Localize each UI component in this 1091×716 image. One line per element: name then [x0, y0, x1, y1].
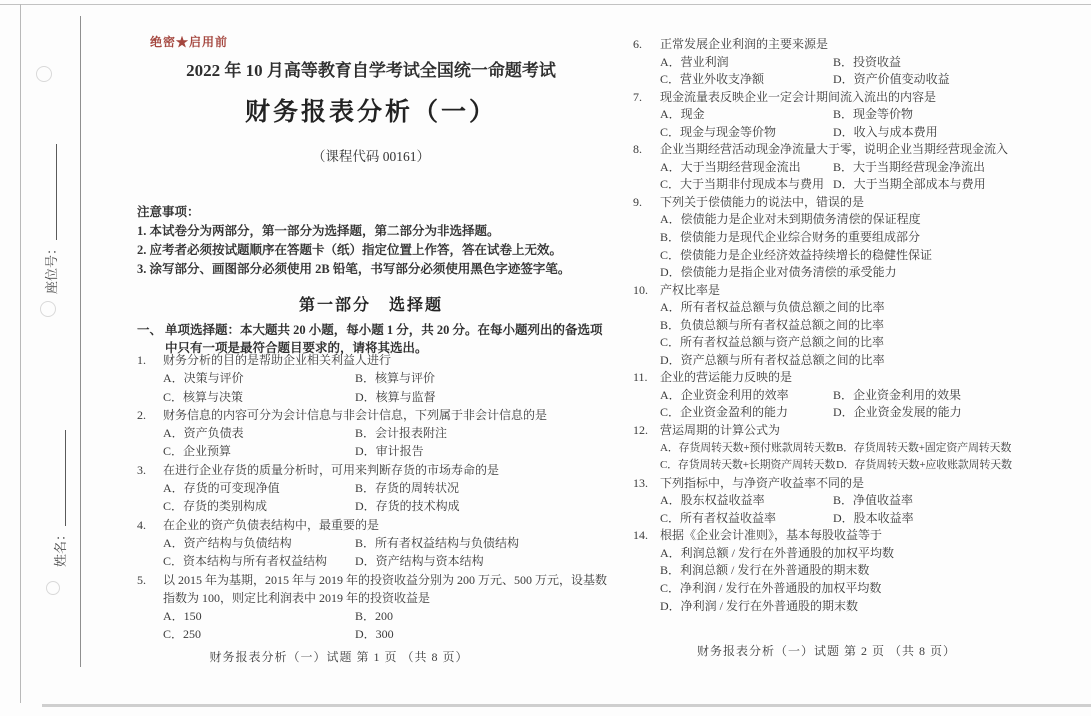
- option: C．现金与现金等价物: [660, 124, 833, 142]
- question: 2.财务信息的内容可分为会计信息与非会计信息，下列属于非会计信息的是A．资产负债…: [130, 406, 612, 461]
- question-text: 营运周期的计算公式为: [660, 422, 1082, 440]
- question: 1.财务分析的目的是帮助企业相关利益人进行A．决策与评价B．核算与评价C．核算与…: [130, 351, 612, 406]
- question-stem: 7.现金流量表反映企业一定会计期间流入流出的内容是: [633, 89, 1082, 107]
- question-number: 9.: [633, 194, 660, 212]
- question-stem: 3.在进行企业存货的质量分析时，可用来判断存货的市场寿命的是: [137, 461, 612, 479]
- question-number: 4.: [137, 516, 163, 534]
- option: D．300: [355, 625, 394, 643]
- option-row: C．净利润 / 发行在外普通股的加权平均数: [633, 580, 1082, 598]
- option: B．利润总额 / 发行在外普通股的期末数: [660, 562, 869, 580]
- option-row: A．决策与评价B．核算与评价: [137, 369, 612, 387]
- question: 14.根据《企业会计准则》，基本每股收益等于A．利润总额 / 发行在外普通股的加…: [627, 527, 1082, 615]
- option: B．会计报表附注: [355, 424, 447, 442]
- option-row: C．偿债能力是企业经济效益持续增长的稳健性保证: [633, 247, 1082, 265]
- option-row: C．存货周转天数+长期资产周转天数D．存货周转天数+应收账款周转天数: [633, 457, 1082, 475]
- option: A．资产负债表: [163, 424, 355, 442]
- option-row: D．净利润 / 发行在外普通股的期末数: [633, 598, 1082, 616]
- question-stem: 5.以 2015 年为基期，2015 年与 2019 年的投资收益分别为 200…: [137, 571, 612, 608]
- question: 6.正常发展企业利润的主要来源是A．营业利润B．投资收益C．营业外收支净额D．资…: [627, 36, 1082, 89]
- question-stem: 4.在企业的资产负债表结构中，最重要的是: [137, 516, 612, 534]
- option-row: A．所有者权益总额与负债总额之间的比率: [633, 299, 1082, 317]
- option-row: A．大于当期经营现金流出B．大于当期经营现金净流出: [633, 159, 1082, 177]
- option: B．所有者权益结构与负债结构: [355, 534, 519, 552]
- question-stem: 6.正常发展企业利润的主要来源是: [633, 36, 1082, 54]
- option: A．资产结构与负债结构: [163, 534, 355, 552]
- binding-hole: [40, 301, 56, 317]
- option: C．所有者权益收益率: [660, 510, 833, 528]
- option-row: B．偿债能力是现代企业综合财务的重要组成部分: [633, 229, 1082, 247]
- option: A．所有者权益总额与负债总额之间的比率: [660, 299, 885, 317]
- option: B．净值收益率: [833, 492, 913, 510]
- seat-number-blank-line: [44, 144, 57, 240]
- option-row: A．偿债能力是企业对未到期债务清偿的保证程度: [633, 211, 1082, 229]
- question-text: 现金流量表反映企业一定会计期间流入流出的内容是: [660, 89, 1082, 107]
- seat-number-text: 座位号：: [41, 242, 60, 294]
- question: 7.现金流量表反映企业一定会计期间流入流出的内容是A．现金B．现金等价物C．现金…: [627, 89, 1082, 142]
- option-row: D．资产总额与所有者权益总额之间的比率: [633, 352, 1082, 370]
- option: D．审计报告: [355, 442, 424, 460]
- classification-banner: 绝密★启用前: [150, 33, 228, 50]
- option-row: A．存货的可变现净值B．存货的周转状况: [137, 479, 612, 497]
- option-row: C．现金与现金等价物D．收入与成本费用: [633, 124, 1082, 142]
- option-row: A．股东权益收益率B．净值收益率: [633, 492, 1082, 510]
- option-row: A．利润总额 / 发行在外普通股的加权平均数: [633, 545, 1082, 563]
- question-number: 3.: [137, 461, 163, 479]
- binding-hole: [36, 66, 52, 82]
- option: B．核算与评价: [355, 369, 435, 387]
- option-row: C．核算与决策D．核算与监督: [137, 388, 612, 406]
- option-row: C．所有者权益总额与资产总额之间的比率: [633, 334, 1082, 352]
- option-row: A．现金B．现金等价物: [633, 106, 1082, 124]
- question-number: 2.: [137, 406, 163, 424]
- option: B．企业资金利用的效果: [833, 387, 961, 405]
- option-row: C．存货的类别构成D．存货的技术构成: [137, 497, 612, 515]
- question-text: 财务信息的内容可分为会计信息与非会计信息，下列属于非会计信息的是: [163, 406, 612, 424]
- option-row: D．偿债能力是指企业对债务清偿的承受能力: [633, 264, 1082, 282]
- name-blank-line: [53, 430, 66, 526]
- question-text: 企业当期经营活动现金净流量大于零，说明企业当期经营现金流入: [660, 141, 1082, 159]
- question-text: 下列关于偿债能力的说法中，错误的是: [660, 194, 1082, 212]
- option: A．企业资金利用的效率: [660, 387, 833, 405]
- question-number: 6.: [633, 36, 660, 54]
- option: A．偿债能力是企业对未到期债务清偿的保证程度: [660, 211, 921, 229]
- section-title: 第一部分 选择题: [130, 292, 612, 315]
- option-row: A．资产结构与负债结构B．所有者权益结构与负债结构: [137, 534, 612, 552]
- question-stem: 2.财务信息的内容可分为会计信息与非会计信息，下列属于非会计信息的是: [137, 406, 612, 424]
- option: B．偿债能力是现代企业综合财务的重要组成部分: [660, 229, 920, 247]
- question-number: 10.: [633, 282, 660, 300]
- question-text: 根据《企业会计准则》，基本每股收益等于: [660, 527, 1082, 545]
- option: D．资产结构与资本结构: [355, 552, 484, 570]
- question-text: 在进行企业存货的质量分析时，可用来判断存货的市场寿命的是: [163, 461, 612, 479]
- question-stem: 9.下列关于偿债能力的说法中，错误的是: [633, 194, 1082, 212]
- page-bottom-edge-shadow: [42, 704, 1091, 707]
- option: D．资产总额与所有者权益总额之间的比率: [660, 352, 885, 370]
- question: 12.营运周期的计算公式为A．存货周转天数+预付账款周转天数B．存货周转天数+固…: [627, 422, 1082, 475]
- seat-number-label: 座位号：: [41, 122, 59, 294]
- option-row: A．营业利润B．投资收益: [633, 54, 1082, 72]
- option: D．存货的技术构成: [355, 497, 460, 515]
- option-row: C．大于当期非付现成本与费用D．大于当期全部成本与费用: [633, 176, 1082, 194]
- option: C．净利润 / 发行在外普通股的加权平均数: [660, 580, 881, 598]
- question-number: 1.: [137, 351, 163, 369]
- option-row: C．营业外收支净额D．资产价值变动收益: [633, 71, 1082, 89]
- option: C．核算与决策: [163, 388, 355, 406]
- question: 13.下列指标中，与净资产收益率不同的是A．股东权益收益率B．净值收益率C．所有…: [627, 475, 1082, 528]
- option: C．存货周转天数+长期资产周转天数: [660, 457, 836, 475]
- question-number: 8.: [633, 141, 660, 159]
- name-text: 姓名：: [50, 528, 69, 567]
- question: 10.产权比率是A．所有者权益总额与负债总额之间的比率B．负债总额与所有者权益总…: [627, 282, 1082, 370]
- option: D．核算与监督: [355, 388, 436, 406]
- page-left-edge-line: [20, 4, 21, 703]
- option: A．150: [163, 607, 355, 625]
- option-row: C．企业资金盈利的能力D．企业资金发展的能力: [633, 404, 1082, 422]
- question-stem: 14.根据《企业会计准则》，基本每股收益等于: [633, 527, 1082, 545]
- question-stem: 13.下列指标中，与净资产收益率不同的是: [633, 475, 1082, 493]
- name-label: 姓名：: [50, 395, 68, 567]
- option: C．营业外收支净额: [660, 71, 833, 89]
- question-number: 7.: [633, 89, 660, 107]
- question-number: 11.: [633, 369, 660, 387]
- option: B．投资收益: [833, 54, 901, 72]
- question: 9.下列关于偿债能力的说法中，错误的是A．偿债能力是企业对未到期债务清偿的保证程…: [627, 194, 1082, 282]
- question-number: 12.: [633, 422, 660, 440]
- question: 11.企业的营运能力反映的是A．企业资金利用的效率B．企业资金利用的效果C．企业…: [627, 369, 1082, 422]
- option: A．现金: [660, 106, 833, 124]
- option: C．250: [163, 625, 355, 643]
- option: C．资本结构与所有者权益结构: [163, 552, 355, 570]
- option-row: A．150B．200: [137, 607, 612, 625]
- question: 4.在企业的资产负债表结构中，最重要的是A．资产结构与负债结构B．所有者权益结构…: [130, 516, 612, 571]
- question-stem: 12.营运周期的计算公式为: [633, 422, 1082, 440]
- option: D．收入与成本费用: [833, 124, 938, 142]
- exam-session-title: 2022 年 10 月高等教育自学考试全国统一命题考试: [130, 56, 612, 81]
- option: C．企业预算: [163, 442, 355, 460]
- option: A．股东权益收益率: [660, 492, 833, 510]
- option: B．存货周转天数+固定资产周转天数: [836, 440, 1011, 458]
- margin-rule-line: [80, 16, 81, 667]
- binding-hole: [46, 581, 60, 595]
- question-stem: 1.财务分析的目的是帮助企业相关利益人进行: [137, 351, 612, 369]
- page2-question-column: 6.正常发展企业利润的主要来源是A．营业利润B．投资收益C．营业外收支净额D．资…: [627, 36, 1082, 615]
- option-row: C．企业预算D．审计报告: [137, 442, 612, 460]
- option-row: A．存货周转天数+预付账款周转天数B．存货周转天数+固定资产周转天数: [633, 440, 1082, 458]
- option-row: C．250D．300: [137, 625, 612, 643]
- page1-footer: 财务报表分析（一）试题 第 1 页 （共 8 页）: [98, 648, 580, 665]
- option: D．净利润 / 发行在外普通股的期末数: [660, 598, 858, 616]
- question-text: 在企业的资产负债表结构中，最重要的是: [163, 516, 612, 534]
- page1-question-column: 1.财务分析的目的是帮助企业相关利益人进行A．决策与评价B．核算与评价C．核算与…: [130, 351, 612, 644]
- option: A．营业利润: [660, 54, 833, 72]
- question: 8.企业当期经营活动现金净流量大于零，说明企业当期经营现金流入A．大于当期经营现…: [627, 141, 1082, 194]
- question: 3.在进行企业存货的质量分析时，可用来判断存货的市场寿命的是A．存货的可变现净值…: [130, 461, 612, 516]
- question-number: 14.: [633, 527, 660, 545]
- option-row: C．所有者权益收益率D．股本收益率: [633, 510, 1082, 528]
- option: B．负债总额与所有者权益总额之间的比率: [660, 317, 884, 335]
- question-stem: 11.企业的营运能力反映的是: [633, 369, 1082, 387]
- option: A．利润总额 / 发行在外普通股的加权平均数: [660, 545, 894, 563]
- option: C．存货的类别构成: [163, 497, 355, 515]
- question-stem: 8.企业当期经营活动现金净流量大于零，说明企业当期经营现金流入: [633, 141, 1082, 159]
- question-text: 财务分析的目的是帮助企业相关利益人进行: [163, 351, 612, 369]
- page2-footer: 财务报表分析（一）试题 第 2 页 （共 8 页）: [599, 642, 1054, 659]
- note-item: 1. 本试卷分为两部分，第一部分为选择题，第二部分为非选择题。: [137, 222, 615, 241]
- question-text: 企业的营运能力反映的是: [660, 369, 1082, 387]
- notes-title: 注意事项：: [137, 203, 615, 222]
- option-row: B．负债总额与所有者权益总额之间的比率: [633, 317, 1082, 335]
- option: C．所有者权益总额与资产总额之间的比率: [660, 334, 884, 352]
- option: D．存货周转天数+应收账款周转天数: [836, 457, 1012, 475]
- page-top-edge-line: [0, 4, 1091, 5]
- option: A．存货周转天数+预付账款周转天数: [660, 440, 836, 458]
- option-row: A．企业资金利用的效率B．企业资金利用的效果: [633, 387, 1082, 405]
- option: C．偿债能力是企业经济效益持续增长的稳健性保证: [660, 247, 932, 265]
- option: A．大于当期经营现金流出: [660, 159, 833, 177]
- option-row: C．资本结构与所有者权益结构D．资产结构与资本结构: [137, 552, 612, 570]
- question-number: 13.: [633, 475, 660, 493]
- option: A．决策与评价: [163, 369, 355, 387]
- option: D．大于当期全部成本与费用: [833, 176, 986, 194]
- exam-notes: 注意事项： 1. 本试卷分为两部分，第一部分为选择题，第二部分为非选择题。 2.…: [137, 203, 615, 279]
- question-text: 正常发展企业利润的主要来源是: [660, 36, 1082, 54]
- option: B．存货的周转状况: [355, 479, 459, 497]
- question-text: 下列指标中，与净资产收益率不同的是: [660, 475, 1082, 493]
- option: D．偿债能力是指企业对债务清偿的承受能力: [660, 264, 897, 282]
- option: C．大于当期非付现成本与费用: [660, 176, 833, 194]
- course-code: （课程代码 00161）: [130, 145, 612, 165]
- option: C．企业资金盈利的能力: [660, 404, 833, 422]
- question-text: 以 2015 年为基期，2015 年与 2019 年的投资收益分别为 200 万…: [163, 571, 612, 608]
- paper-title: 财务报表分析（一）: [130, 92, 612, 128]
- option: D．企业资金发展的能力: [833, 404, 962, 422]
- option: A．存货的可变现净值: [163, 479, 355, 497]
- option: B．大于当期经营现金净流出: [833, 159, 985, 177]
- note-item: 3. 涂写部分、画图部分必须使用 2B 铅笔，书写部分必须使用黑色字迹签字笔。: [137, 260, 615, 279]
- question-stem: 10.产权比率是: [633, 282, 1082, 300]
- option: B．现金等价物: [833, 106, 913, 124]
- option: D．资产价值变动收益: [833, 71, 950, 89]
- question-text: 产权比率是: [660, 282, 1082, 300]
- question-number: 5.: [137, 571, 163, 608]
- option-row: B．利润总额 / 发行在外普通股的期末数: [633, 562, 1082, 580]
- option: D．股本收益率: [833, 510, 914, 528]
- option: B．200: [355, 607, 393, 625]
- option-row: A．资产负债表B．会计报表附注: [137, 424, 612, 442]
- note-item: 2. 应考者必须按试题顺序在答题卡（纸）指定位置上作答，答在试卷上无效。: [137, 241, 615, 260]
- question: 5.以 2015 年为基期，2015 年与 2019 年的投资收益分别为 200…: [130, 571, 612, 644]
